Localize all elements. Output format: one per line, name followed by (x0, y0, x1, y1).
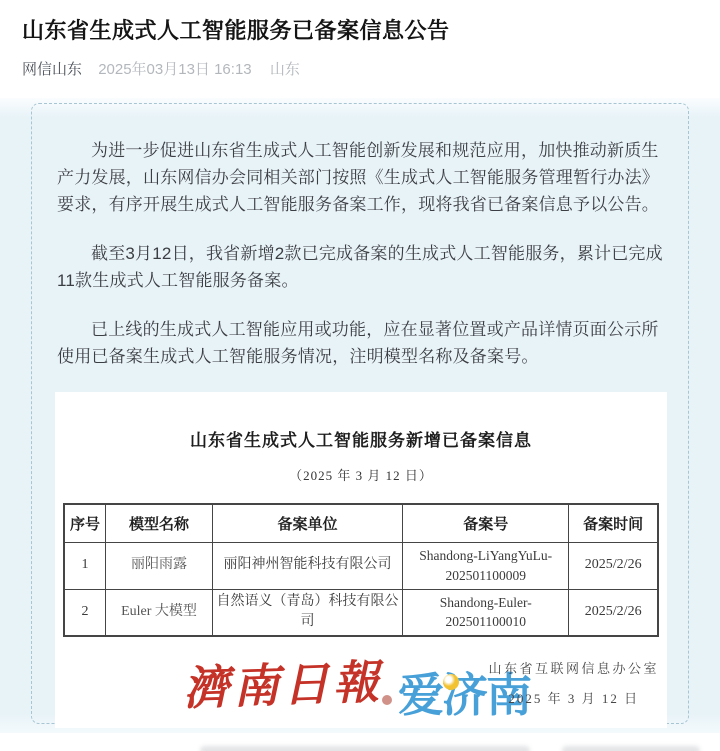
notice-section: 为进一步促进山东省生成式人工智能创新发展和规范应用，加快推动新质生产力发展，山东… (0, 98, 720, 733)
table-cell: 2025/2/26 (569, 542, 658, 589)
table-cell: 2 (64, 589, 106, 636)
publish-datetime: 2025年03月13日 16:13 (98, 61, 251, 78)
table-cell: Shandong-Euler- 202501100010 (403, 589, 569, 636)
jinan-daily-logo: 濟南日報 (182, 655, 384, 717)
column-header: 备案时间 (569, 504, 658, 542)
table-cell: Shandong-LiYangYuLu- 202501100009 (403, 542, 569, 589)
byline: 网信山东 2025年03月13日 16:13 山东 (22, 60, 698, 80)
table-cell: 1 (64, 542, 106, 589)
announcement-title: 山东省生成式人工智能服务新增已备案信息 (55, 392, 667, 451)
article-page: 山东省生成式人工智能服务已备案信息公告 网信山东 2025年03月13日 16:… (0, 0, 720, 751)
cropped-element-right (562, 746, 700, 751)
announcement-card: 山东省生成式人工智能服务新增已备案信息 （2025 年 3 月 12 日） 序号… (55, 392, 667, 728)
paragraph-1: 为进一步促进山东省生成式人工智能创新发展和规范应用，加快推动新质生产力发展，山东… (57, 137, 664, 218)
table-cell: 丽阳雨露 (106, 542, 213, 589)
signature-block: 山东省互联网信息办公室 2025 年 3 月 12 日 (488, 660, 659, 707)
announcement-date-subtitle: （2025 年 3 月 12 日） (55, 465, 667, 484)
table-cell: 丽阳神州智能科技有限公司 (212, 542, 402, 589)
table-cell: 2025/2/26 (569, 589, 658, 636)
signature-date: 2025 年 3 月 12 日 (488, 690, 659, 707)
cropped-element-left (200, 746, 530, 751)
registration-table: 序号模型名称备案单位备案号备案时间 1丽阳雨露丽阳神州智能科技有限公司Shand… (63, 503, 659, 637)
column-header: 序号 (64, 504, 106, 542)
table-header-row: 序号模型名称备案单位备案号备案时间 (64, 504, 658, 542)
logo-separator-dot-icon (382, 695, 392, 705)
yellow-dot-icon (443, 674, 459, 690)
table-row: 2Euler 大模型自然语义（青岛）科技有限公司Shandong-Euler- … (64, 589, 658, 636)
source-account-link[interactable]: 网信山东 (22, 61, 82, 78)
location-tag[interactable]: 山东 (270, 61, 300, 78)
column-header: 模型名称 (106, 504, 213, 542)
article-header: 山东省生成式人工智能服务已备案信息公告 网信山东 2025年03月13日 16:… (0, 0, 720, 80)
table-row: 1丽阳雨露丽阳神州智能科技有限公司Shandong-LiYangYuLu- 20… (64, 542, 658, 589)
paragraph-2: 截至3月12日，我省新增2款已完成备案的生成式人工智能服务，累计已完成11款生成… (57, 240, 664, 294)
dashed-border-box: 为进一步促进山东省生成式人工智能创新发展和规范应用，加快推动新质生产力发展，山东… (31, 103, 689, 724)
column-header: 备案号 (403, 504, 569, 542)
table-cell: 自然语义（青岛）科技有限公司 (212, 589, 402, 636)
column-header: 备案单位 (212, 504, 402, 542)
signature-org: 山东省互联网信息办公室 (488, 660, 659, 677)
table-cell: Euler 大模型 (106, 589, 213, 636)
paragraph-3: 已上线的生成式人工智能应用或功能，应在显著位置或产品详情页面公示所使用已备案生成… (57, 316, 664, 370)
table-body: 1丽阳雨露丽阳神州智能科技有限公司Shandong-LiYangYuLu- 20… (64, 542, 658, 636)
cropped-next-content (0, 733, 720, 751)
article-title: 山东省生成式人工智能服务已备案信息公告 (22, 16, 698, 46)
